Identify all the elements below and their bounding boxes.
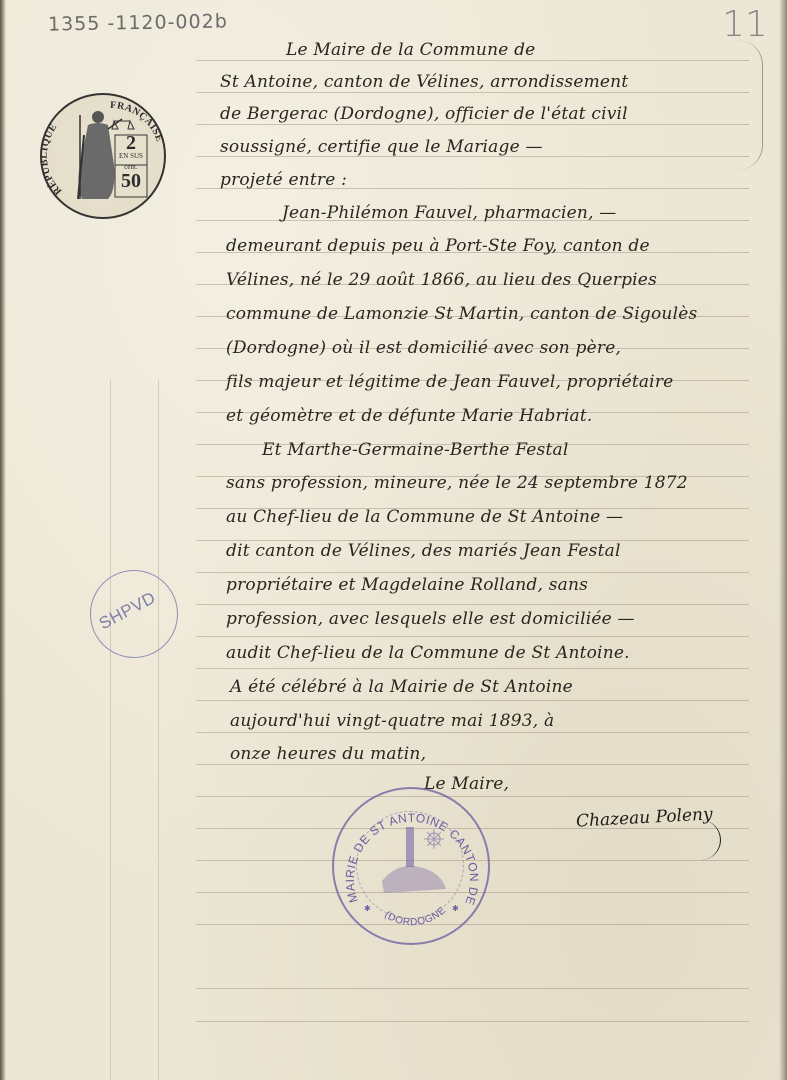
stamp-value-line2: EN SUS <box>116 153 146 160</box>
body-line: projeté entre : <box>220 170 347 190</box>
body-line: et géomètre et de défunte Marie Habriat. <box>226 406 593 426</box>
stamp-legend-left: RÉPUBLIQUE <box>42 122 64 197</box>
ruled-line <box>196 732 749 733</box>
body-line: St Antoine, canton de Vélines, arrondiss… <box>220 72 628 92</box>
body-line: Le Maire de la Commune de <box>286 40 535 60</box>
body-line: de Bergerac (Dordogne), officier de l'ét… <box>220 104 628 124</box>
stamp-value: 2 EN SUS cent. 50 <box>116 133 146 191</box>
shpvd-archive-stamp: SHPVD <box>90 570 178 658</box>
stamp-value-line4: 50 <box>116 171 146 191</box>
ruled-line <box>196 700 749 701</box>
page-left-edge-shadow <box>0 0 6 1080</box>
svg-text:✱: ✱ <box>452 904 459 913</box>
svg-text:RÉPUBLIQUE: RÉPUBLIQUE <box>42 122 64 197</box>
ruled-line <box>196 764 749 765</box>
pencil-bracket-mark <box>738 40 763 170</box>
body-line: sans profession, mineure, née le 24 sept… <box>226 473 688 493</box>
archive-reference: 1355 -1120-002b <box>48 10 228 35</box>
body-line: au Chef-lieu de la Commune de St Antoine… <box>226 507 623 527</box>
ruled-line <box>196 92 749 93</box>
ruled-line <box>196 124 749 125</box>
folio-mark: 11 <box>722 4 768 45</box>
body-line: propriétaire et Magdelaine Rolland, sans <box>226 575 588 595</box>
svg-text:✱: ✱ <box>364 904 371 913</box>
signature-flourish <box>700 820 721 860</box>
document-page: 1355 -1120-002b 11 RÉPUBLIQUE FRANÇAISE <box>0 0 787 1080</box>
ruled-line <box>196 604 749 605</box>
body-line: commune de Lamonzie St Martin, canton de… <box>226 304 697 324</box>
body-line: demeurant depuis peu à Port-Ste Foy, can… <box>226 236 650 256</box>
margin-line <box>110 380 111 1080</box>
ruled-line <box>196 1021 749 1022</box>
body-line: soussigné, certifie que le Mariage — <box>220 137 543 157</box>
seal-emblem-icon: MAIRIE DE ST ANTOINE CANTON DE VÉLINES (… <box>334 789 488 943</box>
body-line: audit Chef-lieu de la Commune de St Anto… <box>226 643 630 663</box>
body-line: profession, avec lesquels elle est domic… <box>226 609 635 629</box>
ruled-line <box>196 60 749 61</box>
ruled-line <box>196 988 749 989</box>
body-line: fils majeur et légitime de Jean Fauvel, … <box>226 372 673 392</box>
mairie-seal-stamp: MAIRIE DE ST ANTOINE CANTON DE VÉLINES (… <box>332 787 490 945</box>
tax-stamp: RÉPUBLIQUE FRANÇAISE 2 EN SUS cent. 50 <box>40 93 166 219</box>
stamp-value-line1: 2 <box>116 133 146 153</box>
body-line: (Dordogne) où il est domicilié avec son … <box>226 338 621 358</box>
shpvd-stamp-text: SHPVD <box>96 588 159 634</box>
margin-line <box>158 380 159 1080</box>
body-line: A été célébré à la Mairie de St Antoine <box>230 677 573 697</box>
page-right-edge-shadow <box>779 0 787 1080</box>
body-line: Vélines, né le 29 août 1866, au lieu des… <box>226 270 657 290</box>
body-line: aujourd'hui vingt-quatre mai 1893, à <box>230 711 554 731</box>
body-line: onze heures du matin, <box>230 744 426 764</box>
ruled-line <box>196 668 749 669</box>
body-line: dit canton de Vélines, des mariés Jean F… <box>226 541 621 561</box>
body-line: Jean-Philémon Fauvel, pharmacien, — <box>282 203 617 223</box>
ruled-line <box>196 636 749 637</box>
ruled-line <box>196 572 749 573</box>
body-line: Et Marthe-Germaine-Berthe Festal <box>262 440 569 460</box>
